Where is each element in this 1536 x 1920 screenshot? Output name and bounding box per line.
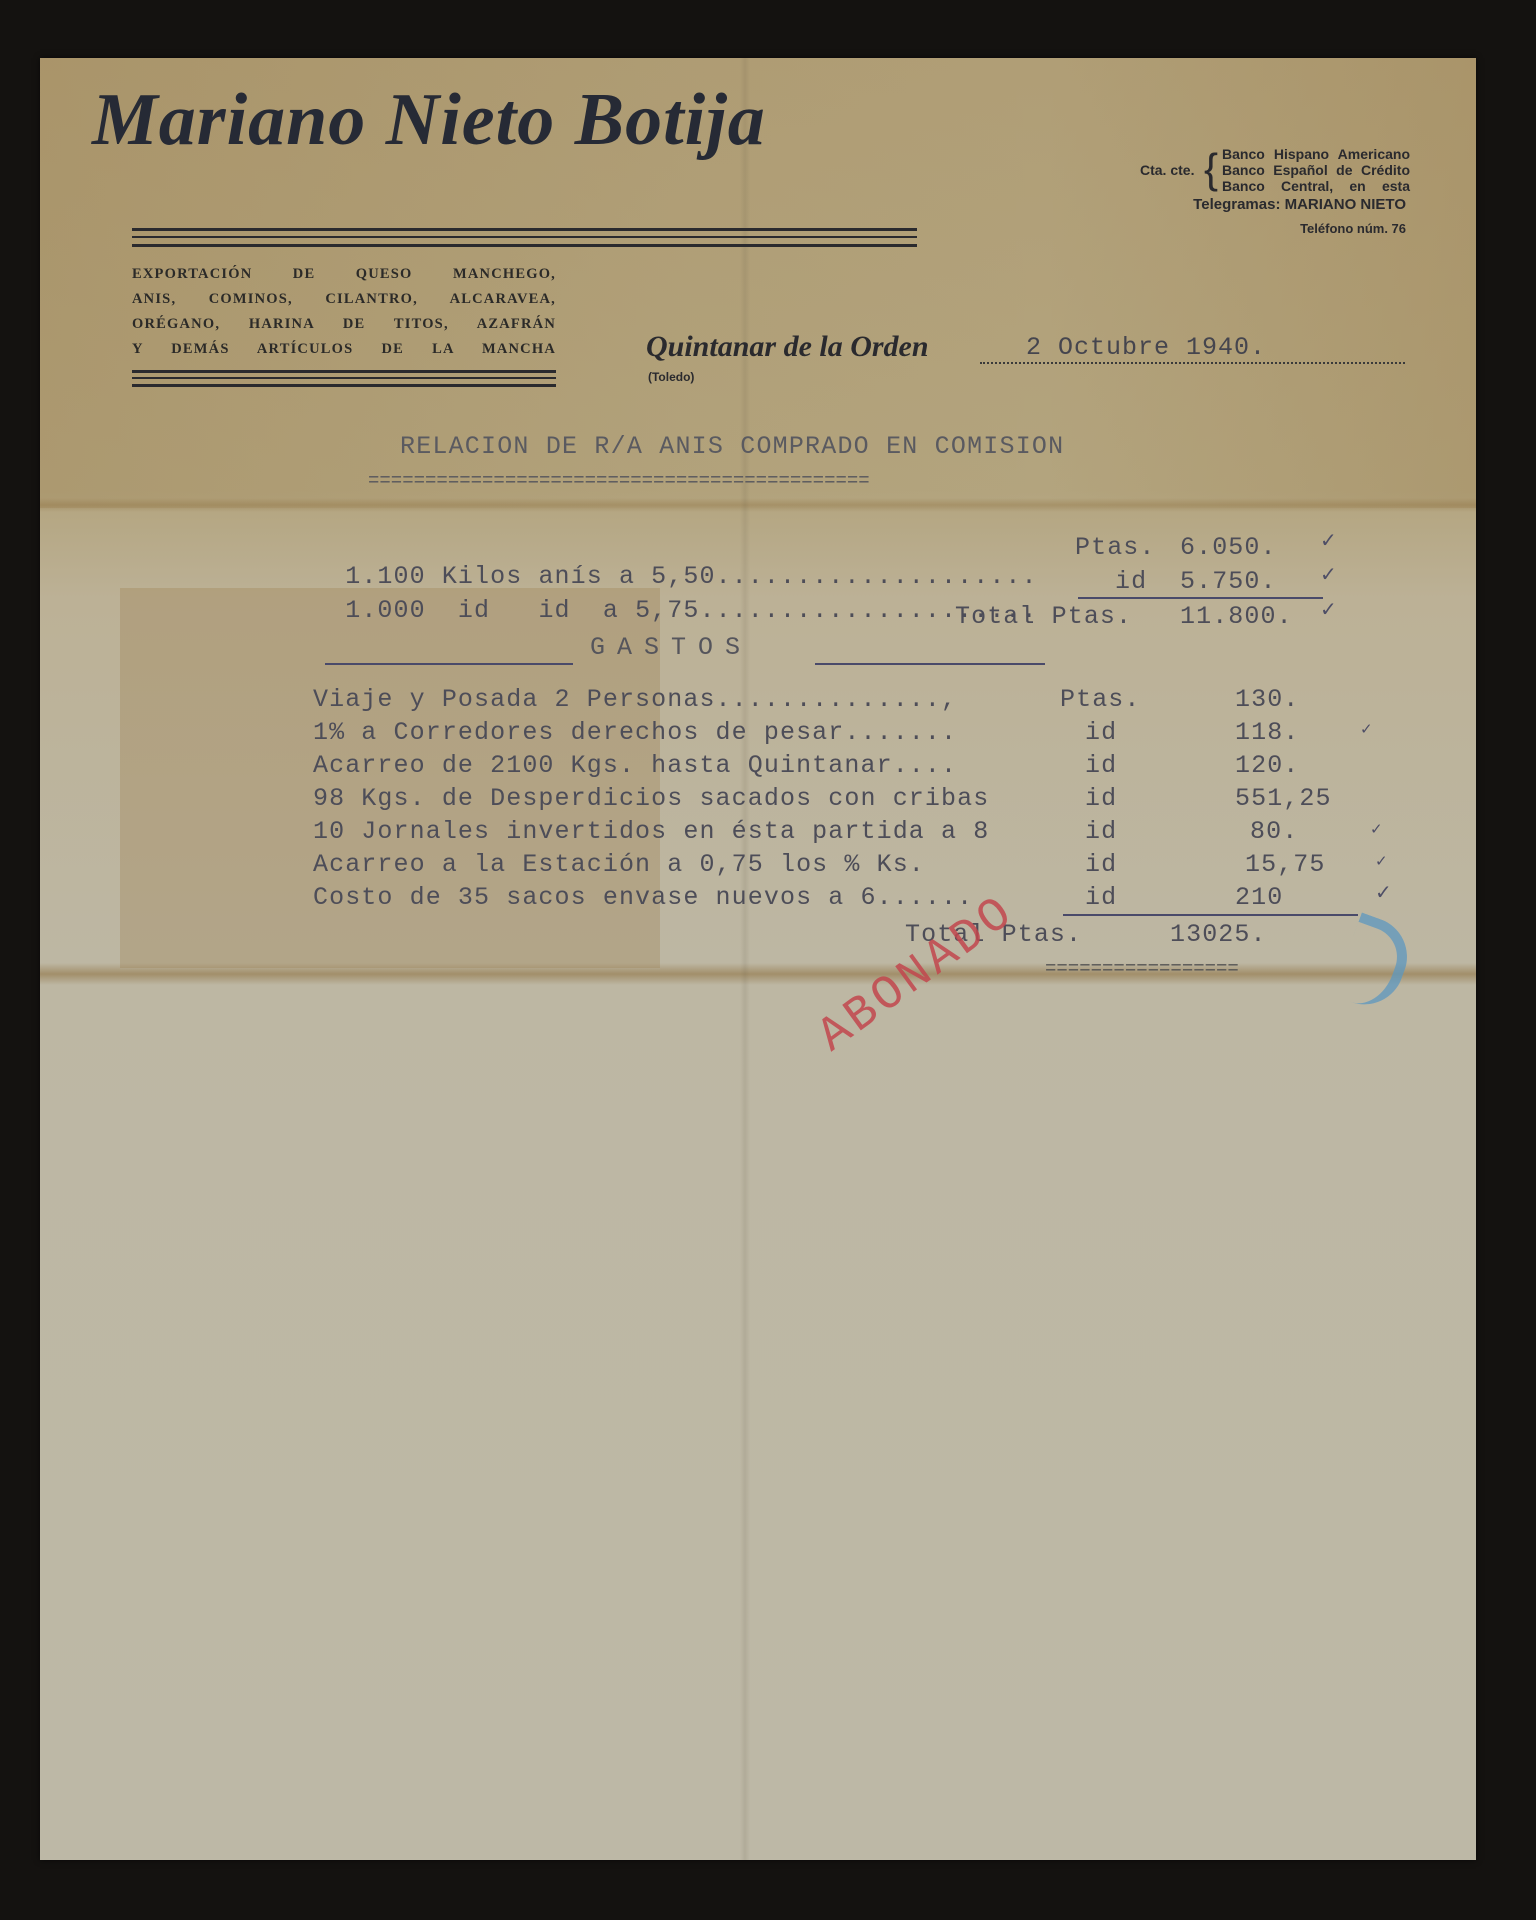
row-unit: id: [1085, 784, 1117, 813]
check-mark-icon: ✓: [1320, 597, 1337, 622]
bank-name: Banco Español de Crédito: [1222, 162, 1410, 178]
row-amount: 210: [1235, 883, 1283, 912]
document-title: RELACION DE R/A ANIS COMPRADO EN COMISIO…: [400, 432, 1064, 461]
bank-name: Banco Hispano Americano: [1222, 146, 1410, 162]
bank-name: Banco Central, en esta: [1222, 178, 1410, 194]
telegram-address: Telegramas: MARIANO NIETO: [1193, 196, 1406, 213]
place-name: Quintanar de la Orden: [646, 330, 929, 364]
expenses-heading: GASTOS: [590, 633, 752, 662]
product-line: ORÉGANO, HARINA DE TITOS, AZAFRÁN: [132, 312, 556, 337]
check-mark-icon: ✓: [1375, 852, 1388, 870]
row-amount: 551,25: [1235, 784, 1332, 813]
row-unit: Ptas.: [1075, 533, 1156, 562]
expense-row: Costo de 35 sacos envase nuevos a 6.....…: [313, 883, 973, 912]
purchases-total: 11.800.: [1180, 602, 1293, 631]
closing-rule: =================: [1045, 958, 1239, 980]
products-rule: [132, 370, 556, 373]
date-dotted-line: [980, 362, 1405, 364]
province: (Toledo): [648, 370, 694, 384]
row-amount: 118.: [1235, 718, 1299, 747]
check-mark-icon: ✓: [1320, 528, 1337, 553]
row-unit: id: [1085, 718, 1117, 747]
product-line: ANIS, COMINOS, CILANTRO, ALCARAVEA,: [132, 287, 556, 312]
row-unit: id: [1085, 883, 1117, 912]
grand-total: 13025.: [1170, 920, 1267, 949]
product-line: EXPORTACIÓN DE QUESO MANCHEGO,: [132, 262, 556, 287]
products-rule: [132, 377, 556, 379]
row-amount: 130.: [1235, 685, 1299, 714]
letter-date: 2 Octubre 1940.: [1026, 333, 1266, 362]
purchase-row: 1.000 id id a 5,75.....................: [313, 567, 1038, 625]
check-mark-icon: ✓: [1320, 562, 1337, 587]
expenses-underline: [1063, 914, 1358, 916]
telephone: Teléfono núm. 76: [1300, 221, 1406, 236]
row-unit: id: [1115, 567, 1147, 596]
title-rule: ========================================…: [368, 470, 870, 492]
row-amount: 120.: [1235, 751, 1299, 780]
row-unit: id: [1085, 817, 1117, 846]
expense-row: 1% a Corredores derechos de pesar.......: [313, 718, 957, 747]
product-list: EXPORTACIÓN DE QUESO MANCHEGO, ANIS, COM…: [132, 262, 556, 362]
expense-row: Acarreo a la Estación a 0,75 los % Ks.: [313, 850, 925, 879]
check-mark-icon: ✓: [1370, 820, 1383, 838]
fold-crease-vertical: [740, 58, 750, 1860]
brace-icon: {: [1204, 146, 1218, 192]
row-amount: 80.: [1250, 817, 1298, 846]
heading-rule-left: [325, 663, 573, 665]
subtotal-underline: [1078, 597, 1323, 599]
row-unit: id: [1085, 850, 1117, 879]
total-label: Total Ptas.: [955, 602, 1132, 631]
row-description: 1.000 id id a 5,75.....................: [345, 596, 1037, 625]
expense-row: 10 Jornales invertidos en ésta partida a…: [313, 817, 989, 846]
company-name: Mariano Nieto Botija: [92, 78, 766, 163]
heading-rule-right: [815, 663, 1045, 665]
row-unit: Ptas.: [1060, 685, 1141, 714]
check-mark-icon: ✓: [1375, 880, 1392, 905]
expense-row: Acarreo de 2100 Kgs. hasta Quintanar....: [313, 751, 957, 780]
check-mark-icon: ✓: [1360, 720, 1373, 738]
product-line: Y DEMÁS ARTÍCULOS DE LA MANCHA: [132, 337, 556, 362]
bank-list: Banco Hispano Americano Banco Español de…: [1222, 146, 1410, 194]
header-rule: [132, 244, 917, 247]
row-unit: id: [1085, 751, 1117, 780]
header-rule: [132, 236, 917, 238]
expense-row: 98 Kgs. de Desperdicios sacados con crib…: [313, 784, 989, 813]
row-amount: 6.050.: [1180, 533, 1277, 562]
expense-row: Viaje y Posada 2 Personas..............,: [313, 685, 957, 714]
header-rule: [132, 228, 917, 231]
fold-crease-top: [40, 498, 1476, 512]
products-rule: [132, 384, 556, 387]
account-label: Cta. cte.: [1140, 162, 1200, 178]
row-amount: 5.750.: [1180, 567, 1277, 596]
row-amount: 15,75: [1245, 850, 1326, 879]
